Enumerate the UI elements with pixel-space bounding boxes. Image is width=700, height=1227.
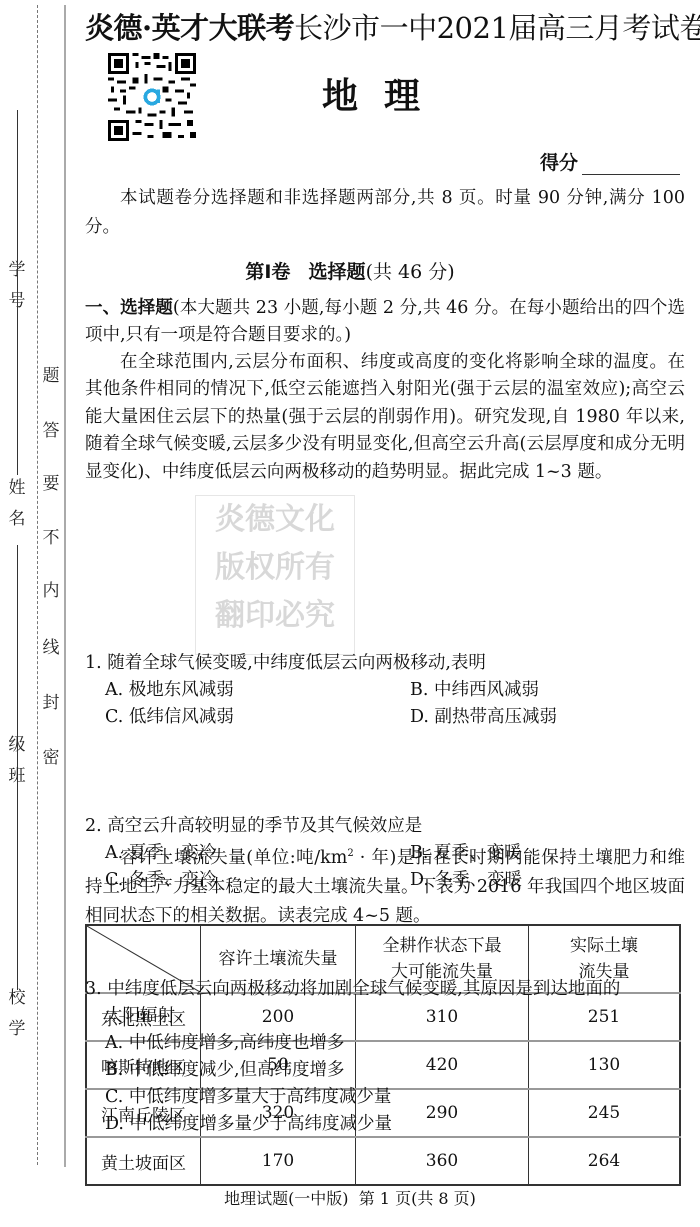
reading-passage-1: 在全球范围内,云层分布面积、纬度或高度的变化将影响全球的温度。在其他条件相同的情…	[85, 349, 685, 486]
score-field: 得分	[540, 148, 680, 175]
school-line[interactable]	[17, 785, 18, 990]
seal-text: 密	[41, 750, 61, 767]
col-header-line: 实际土壤	[529, 933, 679, 959]
part-one-heading: 一、选择题	[85, 298, 173, 318]
option-c[interactable]: C. 中低纬度增多量大于高纬度减少量	[85, 1084, 685, 1111]
option-c[interactable]: C. 低纬信风减弱	[105, 704, 234, 731]
option-d[interactable]: D. 冬季、变暖	[410, 867, 522, 894]
binding-margin: 学号 姓名 级班 校学 题 答 要 不 内 线 封 密	[0, 0, 70, 1227]
part-one-text: (本大题共 23 小题,每小题 2 分,共 46 分。在每小题给出的四个选项中,…	[85, 298, 685, 345]
section-title: 第Ⅰ卷 选择题(共 46 分)	[0, 257, 700, 284]
cut-line-dashed	[37, 5, 38, 1165]
margin-rule	[64, 5, 66, 1167]
question-stem: 2. 高空云升高较明显的季节及其气候效应是	[85, 813, 685, 840]
margin-field-banji: 级班	[7, 737, 27, 785]
question-stem-cont: 太阳辐射	[85, 1003, 685, 1030]
section-points: (共 46 分)	[366, 261, 455, 283]
question-1: 1. 随着全球气候变暖,中纬度低层云向两极移动,表明 A. 极地东风减弱B. 中…	[85, 650, 685, 731]
option-a[interactable]: A. 极地东风减弱	[105, 677, 234, 704]
exam-intro: 本试题卷分选择题和非选择题两部分,共 8 页。时量 90 分钟,满分 100 分…	[85, 184, 685, 242]
seal-text: 题	[41, 368, 61, 385]
xuehao-line[interactable]	[17, 110, 18, 346]
score-blank[interactable]	[582, 156, 680, 175]
seal-text: 不	[41, 530, 61, 547]
exam-name: 长沙市一中2021届高三月考试卷(二)	[294, 11, 700, 45]
option-a[interactable]: A. 中低纬度增多,高纬度也增多	[85, 1030, 685, 1057]
seal-text: 答	[41, 423, 61, 440]
name-line[interactable]	[17, 340, 18, 475]
seal-text: 线	[41, 640, 61, 657]
section-volume: 第Ⅰ卷	[245, 261, 290, 283]
question-3: 3. 中纬度低层云向两极移动将加剧全球气候变暖,其原因是到达地面的 太阳辐射 A…	[85, 976, 685, 1138]
page-footer: 地理试题(一中版) 第 1 页(共 8 页)	[0, 1186, 700, 1209]
table-cell: 170	[201, 1137, 356, 1185]
seal-text: 要	[41, 476, 61, 493]
part-one-instructions: 一、选择题(本大题共 23 小题,每小题 2 分,共 46 分。在每小题给出的四…	[85, 295, 685, 349]
table-row: 黄土坡面区 170 360 264	[86, 1137, 680, 1185]
option-b[interactable]: B. 中低纬度减少,但高纬度增多	[85, 1057, 685, 1084]
option-d[interactable]: D. 副热带高压减弱	[410, 704, 557, 731]
row-label: 黄土坡面区	[86, 1137, 201, 1185]
subject-title: 地理	[322, 68, 446, 119]
section-type: 选择题	[309, 261, 366, 283]
table-cell: 264	[529, 1137, 681, 1185]
exam-brand: 炎德·英才大联考	[85, 11, 294, 45]
seal-text: 封	[41, 695, 61, 712]
score-label: 得分	[540, 152, 578, 174]
option-b[interactable]: B. 中纬西风减弱	[410, 677, 539, 704]
option-c[interactable]: C. 冬季、变冷	[105, 867, 216, 894]
margin-field-xingming: 姓名	[7, 480, 27, 528]
exam-title: 炎德·英才大联考长沙市一中2021届高三月考试卷(二)	[85, 6, 690, 47]
margin-field-xuexiao: 校学	[7, 990, 27, 1038]
seal-text: 内	[41, 583, 61, 600]
qr-code-icon[interactable]	[108, 53, 196, 141]
watermark-line: 版权所有	[196, 544, 354, 592]
option-d[interactable]: D. 中低纬度增多量少于高纬度减少量	[85, 1111, 685, 1138]
question-stem: 1. 随着全球气候变暖,中纬度低层云向两极移动,表明	[85, 650, 685, 677]
col-header-line: 全耕作状态下最	[356, 933, 528, 959]
watermark-line: 炎德文化	[196, 496, 354, 544]
question-2: 2. 高空云升高较明显的季节及其气候效应是 A. 夏季、变冷B. 夏季、变暖 C…	[85, 813, 685, 894]
table-cell: 360	[356, 1137, 529, 1185]
question-stem: 3. 中纬度低层云向两极移动将加剧全球气候变暖,其原因是到达地面的	[85, 976, 685, 1003]
watermark-line: 翻印必究	[196, 592, 354, 640]
option-b[interactable]: B. 夏季、变暖	[410, 840, 522, 867]
copyright-watermark: 炎德文化 版权所有 翻印必究	[195, 495, 355, 655]
option-a[interactable]: A. 夏季、变冷	[105, 840, 216, 867]
